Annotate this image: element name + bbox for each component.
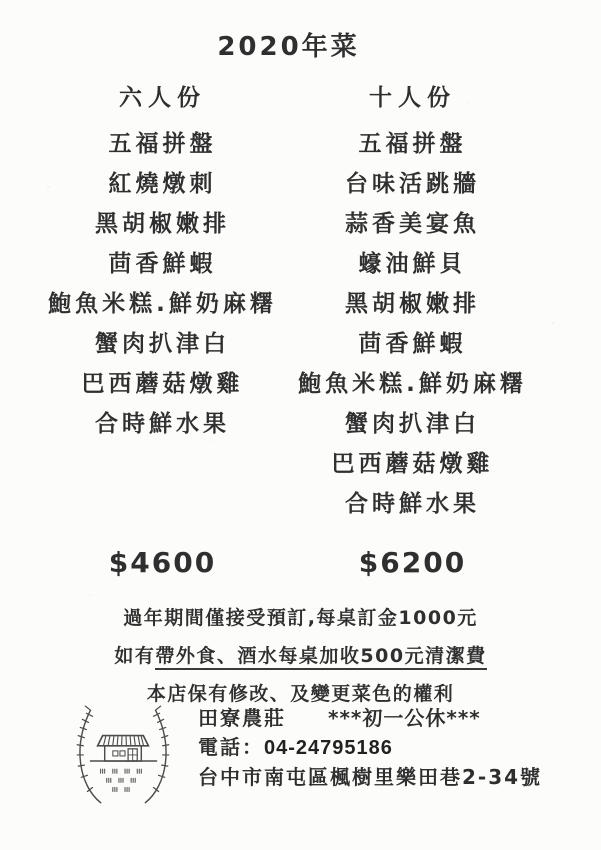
address: 台中市南屯區楓樹里樂田巷2-34號 [198, 763, 542, 791]
menu-item: 合時鮮水果 [40, 404, 285, 444]
phone-label: 電話： [198, 735, 264, 759]
menu-item: 黑胡椒嫩排 [285, 284, 540, 324]
note-cleaning-fee: 如有帶外食、酒水每桌加收500元清潔費 [0, 641, 601, 668]
menu-item: 五福拼盤 [40, 124, 285, 164]
column-header-ten-person: 十人份 [285, 79, 540, 112]
menu-item: 蟹肉扒津白 [40, 324, 285, 364]
menu-item: 紅燒燉刺 [40, 164, 285, 204]
phone-line: 電話：04-24795186 [198, 733, 542, 762]
note-cleaning-fee-underlined: 帶外食、酒水每桌加收500元清潔費 [155, 645, 486, 670]
farmhouse-wreath-logo [62, 698, 184, 820]
price-row: $4600 $6200 [0, 546, 601, 579]
menu-item: 茴香鮮蝦 [40, 244, 285, 284]
restaurant-name-line: 田寮農莊***初一公休*** [198, 704, 542, 732]
menu-list-ten-person: 五福拼盤 台味活跳牆 蒜香美宴魚 蠔油鮮貝 黑胡椒嫩排 茴香鮮蝦 鮑魚米糕.鮮奶… [285, 124, 540, 524]
note-cleaning-fee-prefix: 如有 [114, 645, 155, 667]
footer-contact-block: 田寮農莊***初一公休*** 電話：04-24795186 台中市南屯區楓樹里樂… [62, 698, 542, 820]
price-six-person: $4600 [40, 546, 285, 579]
contact-info: 田寮農莊***初一公休*** 電話：04-24795186 台中市南屯區楓樹里樂… [198, 698, 542, 791]
menu-item: 鮑魚米糕.鮮奶麻糬 [285, 364, 540, 404]
scanned-menu-page: 2020年菜 六人份 十人份 五福拼盤 紅燒燉刺 黑胡椒嫩排 茴香鮮蝦 鮑魚米糕… [0, 0, 601, 850]
menu-item: 蒜香美宴魚 [285, 204, 540, 244]
menu-item: 合時鮮水果 [285, 484, 540, 524]
notes-section: 過年期間僅接受預訂,每桌訂金1000元 如有帶外食、酒水每桌加收500元清潔費 … [0, 603, 601, 706]
menu-list-six-person: 五福拼盤 紅燒燉刺 黑胡椒嫩排 茴香鮮蝦 鮑魚米糕.鮮奶麻糬 蟹肉扒津白 巴西蘑… [40, 124, 285, 524]
portion-headers: 六人份 十人份 [0, 79, 601, 112]
menu-item: 五福拼盤 [285, 124, 540, 164]
note-deposit: 過年期間僅接受預訂,每桌訂金1000元 [0, 603, 601, 630]
column-header-six-person: 六人份 [40, 79, 285, 112]
page-title: 2020年菜 [0, 0, 589, 63]
menu-item: 黑胡椒嫩排 [40, 204, 285, 244]
menu-item: 蟹肉扒津白 [285, 404, 540, 444]
menu-item: 鮑魚米糕.鮮奶麻糬 [40, 284, 285, 324]
menu-columns: 五福拼盤 紅燒燉刺 黑胡椒嫩排 茴香鮮蝦 鮑魚米糕.鮮奶麻糬 蟹肉扒津白 巴西蘑… [0, 124, 601, 524]
menu-item: 茴香鮮蝦 [285, 324, 540, 364]
menu-item: 蠔油鮮貝 [285, 244, 540, 284]
menu-item: 台味活跳牆 [285, 164, 540, 204]
holiday-note: ***初一公休*** [328, 706, 481, 730]
restaurant-name: 田寮農莊 [198, 706, 286, 730]
phone-number: 04-24795186 [264, 737, 393, 759]
menu-item: 巴西蘑菇燉雞 [40, 364, 285, 404]
menu-item: 巴西蘑菇燉雞 [285, 444, 540, 484]
price-ten-person: $6200 [285, 546, 540, 579]
